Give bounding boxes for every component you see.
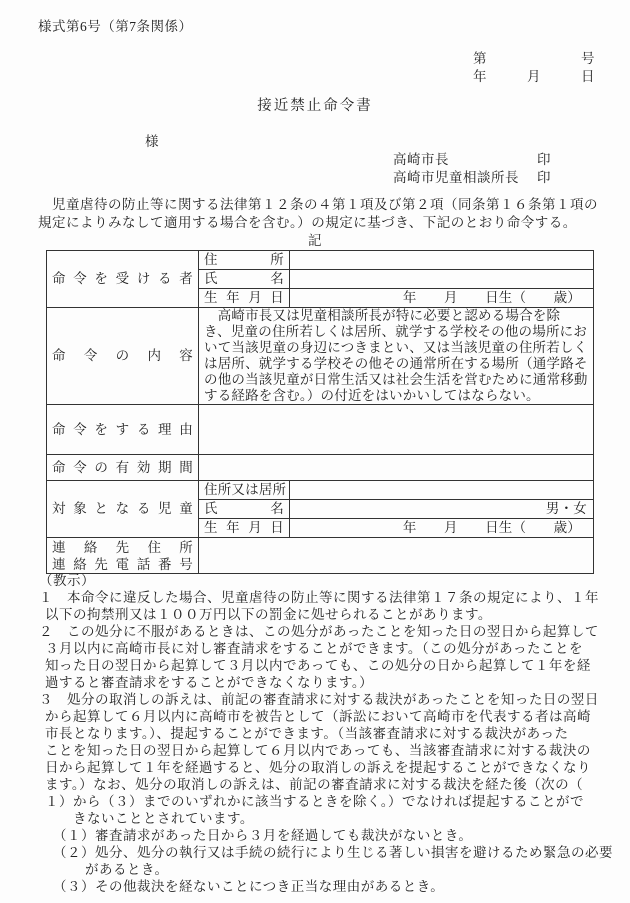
recipient-address-label-cell: 住所 <box>199 251 290 270</box>
contact-label-cell: 連絡先住所 連絡先電話番号 <box>47 538 199 574</box>
issuer-row-child-center: 高崎市児童相談所長 印 <box>393 169 551 187</box>
child-name-label-cell: 氏名 <box>199 500 290 519</box>
page-title: 接近禁止命令書 <box>0 97 630 115</box>
date-year-label: 年 <box>473 68 487 86</box>
legal-notice-heading: （教示） <box>0 572 630 589</box>
legal-notice-line: ことを知った日の翌日から起算して６月以内であっても、当該審査請求に対する裁決の <box>0 742 630 759</box>
order-reason-label-cell: 命令をする理由 <box>47 405 199 455</box>
issuer-row-mayor: 高崎市長 印 <box>393 151 551 169</box>
child-label: 対象となる児童 <box>52 500 193 518</box>
contact-field[interactable] <box>199 538 594 574</box>
legal-notice-line: ３ 処分の取消しの訴えは、前記の審査請求に対する裁決があったことを知った日の翌日 <box>0 691 630 708</box>
child-address-label: 住所又は居所 <box>204 481 284 499</box>
child-address-label-cell: 住所又は居所 <box>199 481 290 500</box>
child-birth-field[interactable]: 年 月 日生（ 歳） <box>290 519 594 538</box>
legal-notice-line: 日から起算して１年を経過すると、処分の取消しの訴えを提起することができなくなり <box>0 759 630 776</box>
order-document-page: 様式第6号（第7条関係） 第 号 年 月 日 接近禁止命令書 様 高崎市長 印 … <box>0 0 630 903</box>
recipient-label-cell: 命令を受ける者 <box>47 251 199 308</box>
legal-notice-line: １ 本命令に違反した場合、児童虐待の防止等に関する法律第１７条の規定により、１年 <box>0 589 630 606</box>
recipient-name-field[interactable] <box>290 270 594 289</box>
child-gender-field[interactable]: 男・女 <box>290 500 594 519</box>
valid-period-field[interactable] <box>199 455 594 481</box>
legal-notice-line: （１）審査請求があった日から３月を経過しても裁決がないとき。 <box>0 827 630 844</box>
preamble: 児童虐待の防止等に関する法律第１２条の４第１項及び第２項（同条第１６条第１項の … <box>38 196 600 232</box>
legal-notice-section: （教示） １ 本命令に違反した場合、児童虐待の防止等に関する法律第１７条の規定に… <box>0 572 630 895</box>
legal-notice-line: ２ この処分に不服があるときは、この処分があったことを知った日の翌日から起算して <box>0 623 630 640</box>
legal-notice-line: ３月以内に高崎市長に対し審査請求をすることができます。（この処分があったことを <box>0 640 630 657</box>
legal-notice-line: （３）その他裁決を経ないことにつき正当な理由があるとき。 <box>0 878 630 895</box>
valid-period-label: 命令の有効期間 <box>52 459 193 477</box>
birth-label: 生年月日 <box>204 519 284 537</box>
legal-notice-line: きないこととされています。 <box>0 810 630 827</box>
contact-address-label: 連絡先住所 <box>52 539 193 556</box>
legal-notice-line: 以下の拘禁刑又は１００万円以下の罰金に処せられることがあります。 <box>0 606 630 623</box>
date-line: 年 月 日 <box>473 68 595 86</box>
order-content-label: 命令の内容 <box>52 347 193 365</box>
child-birth-label-cell: 生年月日 <box>199 519 290 538</box>
seal-mark: 印 <box>537 151 551 169</box>
birth-label: 生年月日 <box>204 289 284 307</box>
recipient-address-field[interactable] <box>290 251 594 270</box>
name-label: 氏名 <box>204 500 284 518</box>
name-label: 氏名 <box>204 270 284 288</box>
date-month-label: 月 <box>527 68 541 86</box>
order-content-text: 高崎市長又は児童相談所長が特に必要と認める場合を除 き、児童の住所若しくは居所、… <box>199 308 594 405</box>
doc-number-prefix: 第 <box>473 50 487 68</box>
legal-notice-line: 知った日の翌日から起算して３月以内であっても、この処分の日から起算して１年を経 <box>0 657 630 674</box>
recipient-birth-label-cell: 生年月日 <box>199 289 290 308</box>
preamble-line: 規定によりみなして適用する場合を含む。）の規定に基づき、下記のとおり命令する。 <box>38 214 600 232</box>
preamble-line: 児童虐待の防止等に関する法律第１２条の４第１項及び第２項（同条第１６条第１項の <box>38 196 600 214</box>
legal-notice-line: １）から（３）までのいずれかに該当するときを除く。）でなければ提起することがで <box>0 793 630 810</box>
child-label-cell: 対象となる児童 <box>47 481 199 538</box>
order-reason-field[interactable] <box>199 405 594 455</box>
legal-notice-line: があるとき。 <box>0 861 630 878</box>
legal-notice-line: （２）処分、処分の執行又は手続の続行により生じる著しい損害を避けるため緊急の必要 <box>0 844 630 861</box>
address-label: 住所 <box>204 251 284 269</box>
issuer-name: 高崎市児童相談所長 <box>393 169 519 187</box>
recipient-label: 命令を受ける者 <box>52 270 193 288</box>
addressee-suffix: 様 <box>145 133 159 151</box>
doc-number-block: 第 号 年 月 日 <box>473 50 595 86</box>
form-number: 様式第6号（第7条関係） <box>38 18 193 36</box>
legal-notice-line: ます。）なお、処分の取消しの訴えは、前記の審査請求に対する裁決を経た後（次の（ <box>0 776 630 793</box>
recipient-birth-field[interactable]: 年 月 日生（ 歳） <box>290 289 594 308</box>
order-table: 命令を受ける者 住所 氏名 生年月日 年 月 日生（ 歳） 命令の内容 高崎市長… <box>46 250 594 574</box>
issuer-block: 高崎市長 印 高崎市児童相談所長 印 <box>393 151 551 187</box>
recipient-name-label-cell: 氏名 <box>199 270 290 289</box>
issuer-name: 高崎市長 <box>393 151 449 169</box>
doc-number-line: 第 号 <box>473 50 595 68</box>
contact-phone-label: 連絡先電話番号 <box>52 556 193 573</box>
seal-mark: 印 <box>537 169 551 187</box>
legal-notice-line: から起算して６月以内に高崎市を被告として（訴訟において高崎市を代表する者は高崎 <box>0 708 630 725</box>
child-address-field[interactable] <box>290 481 594 500</box>
order-content-label-cell: 命令の内容 <box>47 308 199 405</box>
legal-notice-line: 過すると審査請求をすることができなくなります。） <box>0 674 630 691</box>
doc-number-suffix: 号 <box>581 50 595 68</box>
valid-period-label-cell: 命令の有効期間 <box>47 455 199 481</box>
date-day-label: 日 <box>581 68 595 86</box>
ki-marker: 記 <box>0 232 630 250</box>
order-reason-label: 命令をする理由 <box>52 421 193 439</box>
legal-notice-line: 市長となります。）、提起することができます。（当該審査請求に対する裁決があった <box>0 725 630 742</box>
